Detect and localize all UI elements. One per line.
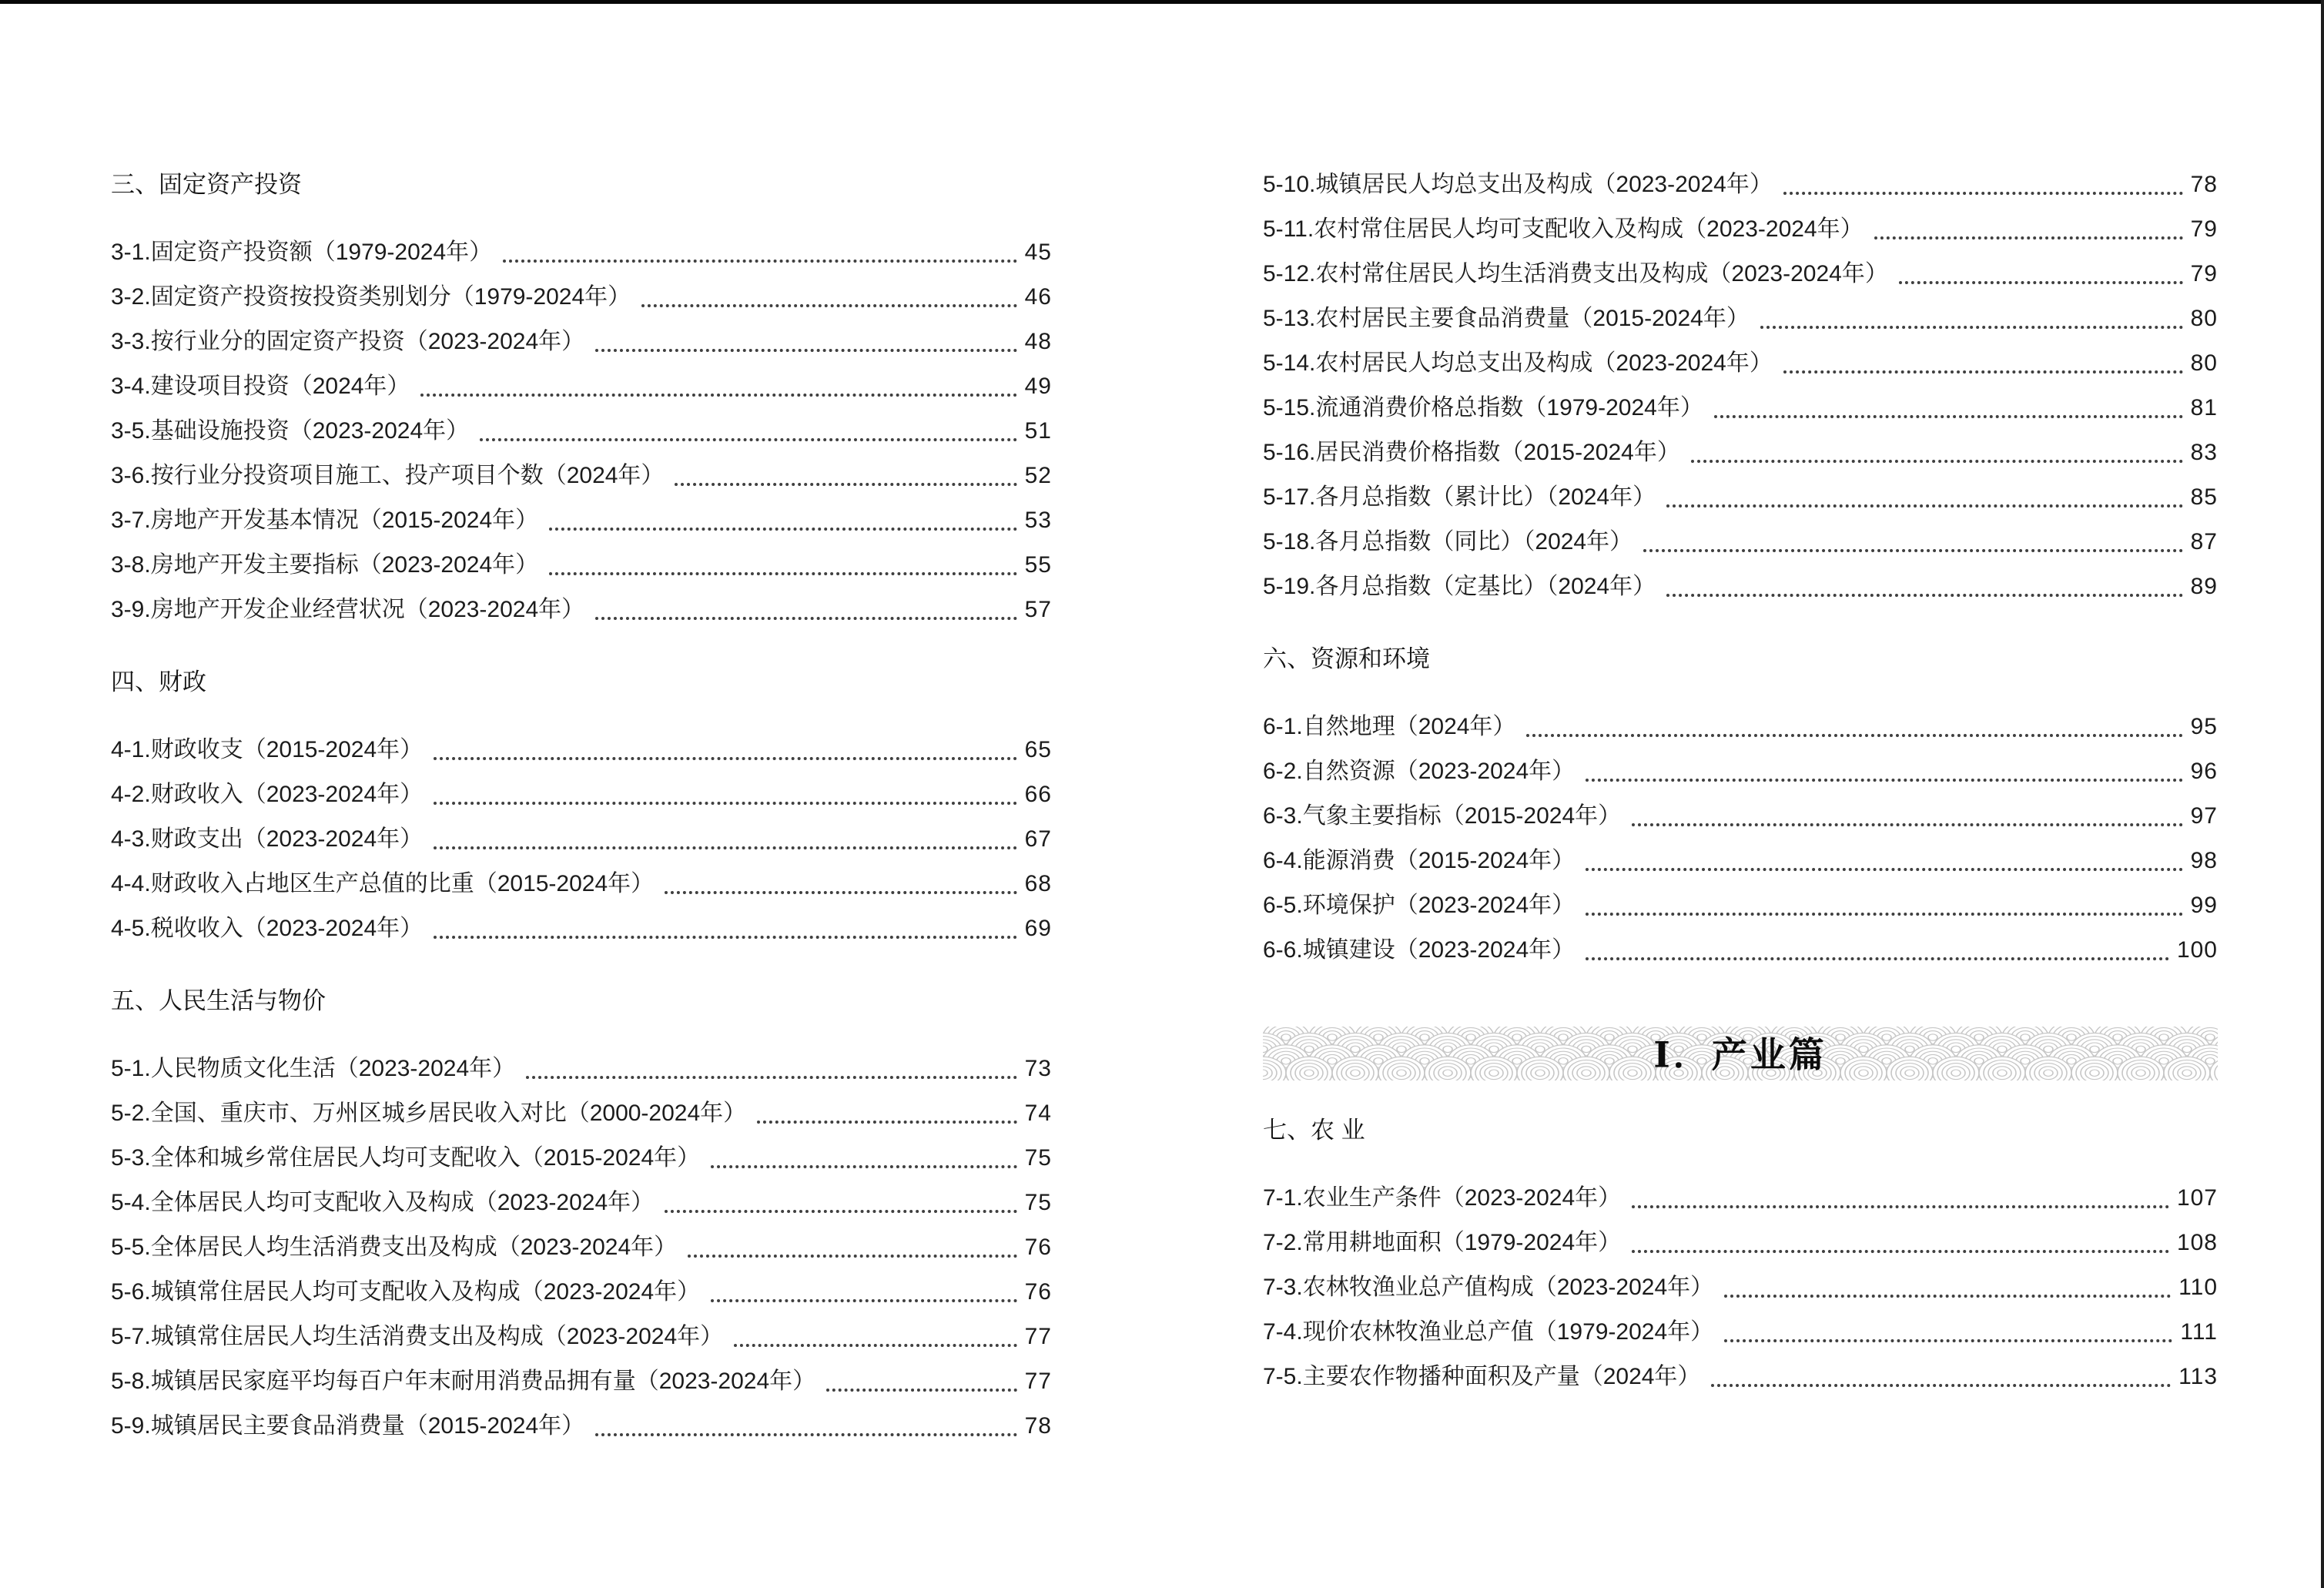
toc-entry: 5-17.各月总指数（累计比）（2024年）85 bbox=[1263, 475, 2218, 520]
toc-entry-page: 110 bbox=[2178, 1265, 2218, 1310]
toc-entry: 5-19.各月总指数（定基比）（2024年）89 bbox=[1263, 565, 2218, 609]
toc-entry-page: 79 bbox=[2191, 207, 2218, 252]
dot-leader bbox=[1586, 913, 2182, 916]
dot-leader bbox=[1666, 594, 2183, 597]
toc-entry-page: 49 bbox=[1025, 364, 1052, 409]
toc-entry: 5-9.城镇居民主要食品消费量（2015-2024年）78 bbox=[111, 1404, 1052, 1449]
dot-leader bbox=[1632, 1250, 2169, 1253]
toc-entry-label: 3-3.按行业分的固定资产投资（2023-2024年） bbox=[111, 320, 584, 364]
part-banner-title: Ⅰ．产业篇 bbox=[1653, 1027, 1827, 1078]
toc-entry-page: 107 bbox=[2177, 1176, 2218, 1221]
toc-entry-label: 5-11.农村常住居民人均可支配收入及构成（2023-2024年） bbox=[1263, 207, 1864, 252]
toc-entry: 6-5.环境保护（2023-2024年）99 bbox=[1263, 883, 2218, 928]
toc-entry: 5-16.居民消费价格指数（2015-2024年）83 bbox=[1263, 431, 2218, 475]
toc-entry-page: 89 bbox=[2191, 565, 2218, 609]
toc-entry-page: 57 bbox=[1025, 588, 1052, 632]
dot-leader bbox=[711, 1165, 1016, 1168]
dot-leader bbox=[1714, 415, 2183, 418]
toc-entry-label: 4-1.财政收支（2015-2024年） bbox=[111, 728, 423, 772]
toc-entry: 5-13.农村居民主要食品消费量（2015-2024年）80 bbox=[1263, 296, 2218, 341]
dot-leader bbox=[665, 1210, 1016, 1213]
toc-entry: 5-18.各月总指数（同比）（2024年）87 bbox=[1263, 520, 2218, 565]
toc-entry-label: 4-5.税收收入（2023-2024年） bbox=[111, 906, 423, 951]
toc-entry-label: 6-4.能源消费（2015-2024年） bbox=[1263, 839, 1575, 883]
dot-leader bbox=[526, 1076, 1016, 1079]
toc-entry: 5-10.城镇居民人均总支出及构成（2023-2024年）78 bbox=[1263, 162, 2218, 207]
toc-entry-label: 5-18.各月总指数（同比）（2024年） bbox=[1263, 520, 1632, 565]
toc-entry: 3-7.房地产开发基本情况（2015-2024年）53 bbox=[111, 498, 1052, 543]
dot-leader bbox=[1711, 1384, 2171, 1387]
toc-entry-label: 3-5.基础设施投资（2023-2024年） bbox=[111, 409, 469, 454]
toc-column-right: 5-10.城镇居民人均总支出及构成（2023-2024年）785-11.农村常住… bbox=[1263, 162, 2218, 1399]
toc-entry-page: 67 bbox=[1025, 817, 1052, 862]
toc-page: 三、固定资产投资3-1.固定资产投资额（1979-2024年）453-2.固定资… bbox=[0, 0, 2324, 1588]
toc-entry: 3-4.建设项目投资（2024年）49 bbox=[111, 364, 1052, 409]
toc-entry-label: 5-10.城镇居民人均总支出及构成（2023-2024年） bbox=[1263, 162, 1773, 207]
toc-entry: 3-2.固定资产投资按投资类别划分（1979-2024年）46 bbox=[111, 275, 1052, 320]
toc-entry-label: 5-1.人民物质文化生活（2023-2024年） bbox=[111, 1047, 515, 1091]
dot-leader bbox=[595, 1433, 1016, 1436]
toc-entry-label: 5-5.全体居民人均生活消费支出及构成（2023-2024年） bbox=[111, 1225, 677, 1270]
toc-entry-label: 3-2.固定资产投资按投资类别划分（1979-2024年） bbox=[111, 275, 631, 320]
dot-leader bbox=[1666, 504, 2183, 508]
toc-entry: 7-5.主要农作物播种面积及产量（2024年）113 bbox=[1263, 1355, 2218, 1399]
toc-entry-page: 83 bbox=[2191, 431, 2218, 475]
toc-entry-page: 55 bbox=[1025, 543, 1052, 588]
toc-entry-page: 68 bbox=[1025, 862, 1052, 906]
toc-entry-label: 5-3.全体和城乡常住居民人均可支配收入（2015-2024年） bbox=[111, 1136, 700, 1181]
dot-leader bbox=[1643, 549, 2183, 552]
dot-leader bbox=[1899, 281, 2183, 284]
toc-entry: 6-6.城镇建设（2023-2024年）100 bbox=[1263, 928, 2218, 973]
toc-entry-page: 95 bbox=[2191, 705, 2218, 749]
toc-entry: 7-3.农林牧渔业总产值构成（2023-2024年）110 bbox=[1263, 1265, 2218, 1310]
toc-entry-page: 85 bbox=[2191, 475, 2218, 520]
toc-entry: 5-11.农村常住居民人均可支配收入及构成（2023-2024年）79 bbox=[1263, 207, 2218, 252]
dot-leader bbox=[1724, 1339, 2172, 1342]
toc-entry-page: 81 bbox=[2191, 386, 2218, 431]
toc-entry-label: 3-7.房地产开发基本情况（2015-2024年） bbox=[111, 498, 538, 543]
dot-leader bbox=[1874, 236, 2183, 240]
section-heading: 四、财政 bbox=[111, 660, 1052, 705]
toc-entry-page: 98 bbox=[2191, 839, 2218, 883]
toc-entry-label: 5-19.各月总指数（定基比）（2024年） bbox=[1263, 565, 1656, 609]
toc-entry-label: 4-4.财政收入占地区生产总值的比重（2015-2024年） bbox=[111, 862, 654, 906]
toc-entry: 5-5.全体居民人均生活消费支出及构成（2023-2024年）76 bbox=[111, 1225, 1052, 1270]
toc-entry-page: 111 bbox=[2180, 1310, 2218, 1355]
toc-entry-label: 5-2.全国、重庆市、万州区城乡居民收入对比（2000-2024年） bbox=[111, 1091, 746, 1136]
toc-entry-label: 6-2.自然资源（2023-2024年） bbox=[1263, 749, 1575, 794]
toc-entry-label: 3-8.房地产开发主要指标（2023-2024年） bbox=[111, 543, 538, 588]
toc-entry-label: 7-5.主要农作物播种面积及产量（2024年） bbox=[1263, 1355, 1700, 1399]
toc-entry: 7-2.常用耕地面积（1979-2024年）108 bbox=[1263, 1221, 2218, 1265]
toc-entry: 4-4.财政收入占地区生产总值的比重（2015-2024年）68 bbox=[111, 862, 1052, 906]
dot-leader bbox=[711, 1299, 1016, 1302]
toc-entry: 3-9.房地产开发企业经营状况（2023-2024年）57 bbox=[111, 588, 1052, 632]
toc-entry: 6-4.能源消费（2015-2024年）98 bbox=[1263, 839, 2218, 883]
toc-entry: 5-14.农村居民人均总支出及构成（2023-2024年）80 bbox=[1263, 341, 2218, 386]
toc-entry-page: 65 bbox=[1025, 728, 1052, 772]
toc-entry-label: 6-1.自然地理（2024年） bbox=[1263, 705, 1515, 749]
toc-entry-label: 7-2.常用耕地面积（1979-2024年） bbox=[1263, 1221, 1621, 1265]
dot-leader bbox=[549, 572, 1016, 575]
toc-entry: 6-2.自然资源（2023-2024年）96 bbox=[1263, 749, 2218, 794]
toc-entry-page: 52 bbox=[1025, 454, 1052, 498]
toc-entry-page: 75 bbox=[1025, 1181, 1052, 1225]
toc-entry-page: 97 bbox=[2191, 794, 2218, 839]
toc-entry-page: 100 bbox=[2177, 928, 2218, 973]
toc-entry-label: 5-14.农村居民人均总支出及构成（2023-2024年） bbox=[1263, 341, 1773, 386]
toc-entry: 5-2.全国、重庆市、万州区城乡居民收入对比（2000-2024年）74 bbox=[111, 1091, 1052, 1136]
toc-entry-page: 77 bbox=[1025, 1359, 1052, 1404]
toc-entry: 4-1.财政收支（2015-2024年）65 bbox=[111, 728, 1052, 772]
toc-entry: 3-8.房地产开发主要指标（2023-2024年）55 bbox=[111, 543, 1052, 588]
section-heading: 六、资源和环境 bbox=[1263, 637, 2218, 682]
toc-entry-page: 74 bbox=[1025, 1091, 1052, 1136]
toc-entry-label: 3-1.固定资产投资额（1979-2024年） bbox=[111, 230, 492, 275]
toc-entry-page: 75 bbox=[1025, 1136, 1052, 1181]
dot-leader bbox=[595, 349, 1016, 352]
toc-entry-page: 69 bbox=[1025, 906, 1052, 951]
toc-entry-page: 80 bbox=[2191, 341, 2218, 386]
toc-entry-label: 7-4.现价农林牧渔业总产值（1979-2024年） bbox=[1263, 1310, 1713, 1355]
toc-entry-page: 48 bbox=[1025, 320, 1052, 364]
toc-entry: 7-1.农业生产条件（2023-2024年）107 bbox=[1263, 1176, 2218, 1221]
toc-entry: 5-8.城镇居民家庭平均每百户年末耐用消费品拥有量（2023-2024年）77 bbox=[111, 1359, 1052, 1404]
toc-entry-page: 79 bbox=[2191, 252, 2218, 296]
toc-entry-label: 6-6.城镇建设（2023-2024年） bbox=[1263, 928, 1575, 973]
toc-entry: 5-15.流通消费价格总指数（1979-2024年）81 bbox=[1263, 386, 2218, 431]
dot-leader bbox=[434, 802, 1016, 805]
section-heading: 三、固定资产投资 bbox=[111, 162, 1052, 207]
dot-leader bbox=[1691, 460, 2183, 463]
toc-entry-label: 3-4.建设项目投资（2024年） bbox=[111, 364, 410, 409]
toc-entry-label: 5-6.城镇常住居民人均可支配收入及构成（2023-2024年） bbox=[111, 1270, 700, 1315]
dot-leader bbox=[434, 846, 1016, 849]
toc-entry: 5-3.全体和城乡常住居民人均可支配收入（2015-2024年）75 bbox=[111, 1136, 1052, 1181]
toc-entry-page: 80 bbox=[2191, 296, 2218, 341]
dot-leader bbox=[1526, 734, 2182, 737]
toc-entry-label: 5-4.全体居民人均可支配收入及构成（2023-2024年） bbox=[111, 1181, 654, 1225]
dot-leader bbox=[595, 617, 1016, 620]
page-edge-top bbox=[0, 0, 2324, 4]
toc-entry-label: 3-9.房地产开发企业经营状况（2023-2024年） bbox=[111, 588, 584, 632]
dot-leader bbox=[1632, 823, 2182, 826]
dot-leader bbox=[434, 757, 1016, 760]
toc-entry: 4-2.财政收入（2023-2024年）66 bbox=[111, 772, 1052, 817]
toc-entry-page: 45 bbox=[1025, 230, 1052, 275]
dot-leader bbox=[675, 483, 1016, 486]
toc-entry-label: 7-3.农林牧渔业总产值构成（2023-2024年） bbox=[1263, 1265, 1713, 1310]
toc-entry-label: 7-1.农业生产条件（2023-2024年） bbox=[1263, 1176, 1621, 1221]
toc-entry-label: 4-3.财政支出（2023-2024年） bbox=[111, 817, 423, 862]
toc-entry-label: 5-7.城镇常住居民人均生活消费支出及构成（2023-2024年） bbox=[111, 1315, 723, 1359]
toc-entry-label: 6-5.环境保护（2023-2024年） bbox=[1263, 883, 1575, 928]
dot-leader bbox=[757, 1121, 1016, 1124]
dot-leader bbox=[1586, 868, 2182, 871]
dot-leader bbox=[1760, 326, 2183, 329]
dot-leader bbox=[434, 936, 1016, 939]
toc-entry: 5-12.农村常住居民人均生活消费支出及构成（2023-2024年）79 bbox=[1263, 252, 2218, 296]
toc-entry: 5-6.城镇常住居民人均可支配收入及构成（2023-2024年）76 bbox=[111, 1270, 1052, 1315]
toc-entry-page: 76 bbox=[1025, 1270, 1052, 1315]
dot-leader bbox=[1783, 370, 2183, 374]
dot-leader bbox=[734, 1344, 1016, 1347]
dot-leader bbox=[1724, 1295, 2171, 1298]
toc-entry-page: 46 bbox=[1025, 275, 1052, 320]
toc-entry-page: 51 bbox=[1025, 409, 1052, 454]
toc-entry-label: 6-3.气象主要指标（2015-2024年） bbox=[1263, 794, 1621, 839]
toc-entry-page: 66 bbox=[1025, 772, 1052, 817]
dot-leader bbox=[549, 528, 1016, 531]
toc-entry-page: 78 bbox=[2191, 162, 2218, 207]
toc-entry-label: 5-15.流通消费价格总指数（1979-2024年） bbox=[1263, 386, 1703, 431]
dot-leader bbox=[503, 260, 1016, 263]
dot-leader bbox=[1632, 1205, 2169, 1208]
toc-entry-page: 76 bbox=[1025, 1225, 1052, 1270]
toc-entry-page: 99 bbox=[2191, 883, 2218, 928]
toc-entry: 4-5.税收收入（2023-2024年）69 bbox=[111, 906, 1052, 951]
page-edge-right bbox=[2321, 0, 2324, 1588]
toc-entry-page: 108 bbox=[2177, 1221, 2218, 1265]
dot-leader bbox=[1783, 192, 2183, 195]
dot-leader bbox=[826, 1389, 1016, 1392]
toc-entry: 3-6.按行业分投资项目施工、投产项目个数（2024年）52 bbox=[111, 454, 1052, 498]
toc-entry: 7-4.现价农林牧渔业总产值（1979-2024年）111 bbox=[1263, 1310, 2218, 1355]
toc-entry-page: 53 bbox=[1025, 498, 1052, 543]
toc-entry-label: 5-17.各月总指数（累计比）（2024年） bbox=[1263, 475, 1656, 520]
toc-entry-page: 87 bbox=[2191, 520, 2218, 565]
toc-entry-page: 96 bbox=[2191, 749, 2218, 794]
toc-entry-label: 4-2.财政收入（2023-2024年） bbox=[111, 772, 423, 817]
toc-entry-page: 113 bbox=[2178, 1355, 2218, 1399]
dot-leader bbox=[1586, 779, 2182, 782]
dot-leader bbox=[1586, 957, 2169, 960]
part-banner: Ⅰ．产业篇 bbox=[1263, 1027, 2218, 1080]
dot-leader bbox=[665, 891, 1016, 894]
toc-entry-label: 5-13.农村居民主要食品消费量（2015-2024年） bbox=[1263, 296, 1750, 341]
toc-entry: 3-3.按行业分的固定资产投资（2023-2024年）48 bbox=[111, 320, 1052, 364]
toc-entry-label: 5-9.城镇居民主要食品消费量（2015-2024年） bbox=[111, 1404, 584, 1449]
toc-entry-page: 77 bbox=[1025, 1315, 1052, 1359]
toc-entry-label: 5-12.农村常住居民人均生活消费支出及构成（2023-2024年） bbox=[1263, 252, 1888, 296]
toc-entry-label: 5-16.居民消费价格指数（2015-2024年） bbox=[1263, 431, 1680, 475]
toc-entry: 5-4.全体居民人均可支配收入及构成（2023-2024年）75 bbox=[111, 1181, 1052, 1225]
dot-leader bbox=[420, 394, 1016, 397]
toc-entry: 4-3.财政支出（2023-2024年）67 bbox=[111, 817, 1052, 862]
toc-entry: 6-3.气象主要指标（2015-2024年）97 bbox=[1263, 794, 2218, 839]
toc-entry: 6-1.自然地理（2024年）95 bbox=[1263, 705, 2218, 749]
section-heading: 五、人民生活与物价 bbox=[111, 979, 1052, 1023]
dot-leader bbox=[480, 438, 1016, 441]
toc-entry: 5-1.人民物质文化生活（2023-2024年）73 bbox=[111, 1047, 1052, 1091]
toc-column-left: 三、固定资产投资3-1.固定资产投资额（1979-2024年）453-2.固定资… bbox=[111, 162, 1052, 1449]
toc-entry: 3-1.固定资产投资额（1979-2024年）45 bbox=[111, 230, 1052, 275]
toc-entry-label: 3-6.按行业分投资项目施工、投产项目个数（2024年） bbox=[111, 454, 664, 498]
dot-leader bbox=[688, 1255, 1016, 1258]
toc-entry-page: 73 bbox=[1025, 1047, 1052, 1091]
section-heading: 七、农 业 bbox=[1263, 1108, 2218, 1153]
toc-entry: 3-5.基础设施投资（2023-2024年）51 bbox=[111, 409, 1052, 454]
toc-entry: 5-7.城镇常住居民人均生活消费支出及构成（2023-2024年）77 bbox=[111, 1315, 1052, 1359]
dot-leader bbox=[641, 304, 1016, 307]
toc-entry-label: 5-8.城镇居民家庭平均每百户年末耐用消费品拥有量（2023-2024年） bbox=[111, 1359, 815, 1404]
toc-entry-page: 78 bbox=[1025, 1404, 1052, 1449]
